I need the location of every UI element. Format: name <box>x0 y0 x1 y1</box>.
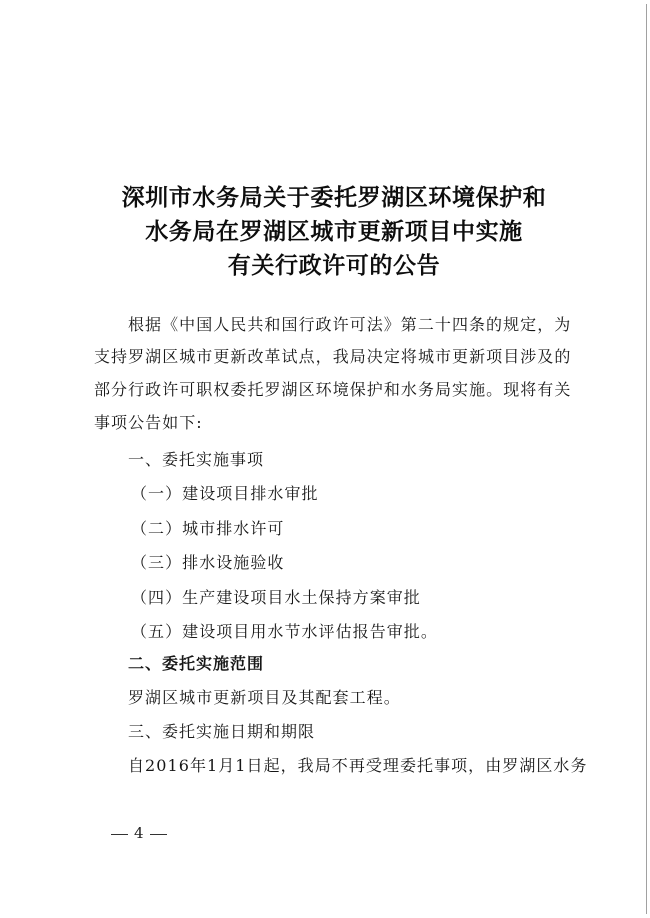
section-1-heading: 一、委托实施事项 <box>128 450 264 470</box>
section-2-heading: 二、委托实施范围 <box>128 654 264 674</box>
section-1-item-4: （四）生产建设项目水土保持方案审批 <box>131 588 421 608</box>
section-1-item-2: （二）城市排水许可 <box>131 519 284 539</box>
dash-left <box>111 834 128 835</box>
page-number: 4 <box>134 824 144 842</box>
section-2-text: 罗湖区城市更新项目及其配套工程。 <box>128 688 401 708</box>
intro-line-3: 部分行政许可职权委托罗湖区环境保护和水务局实施。现将有关 <box>94 380 571 400</box>
document-title: 深圳市水务局关于委托罗湖区环境保护和 水务局在罗湖区城市更新项目中实施 有关行政… <box>0 181 650 283</box>
dash-right <box>150 834 167 835</box>
title-line-1: 深圳市水务局关于委托罗湖区环境保护和 <box>0 181 650 215</box>
section-1-item-3: （三）排水设施验收 <box>131 553 284 573</box>
section-3-heading: 三、委托实施日期和期限 <box>128 722 315 742</box>
intro-line-1: 根据《中国人民共和国行政许可法》第二十四条的规定，为 <box>128 315 571 335</box>
page-number-footer: 4 <box>105 824 173 842</box>
intro-line-2: 支持罗湖区城市更新改革试点，我局决定将城市更新项目涉及的 <box>94 347 571 367</box>
title-line-3: 有关行政许可的公告 <box>0 249 650 283</box>
title-line-2: 水务局在罗湖区城市更新项目中实施 <box>0 215 650 249</box>
intro-line-4: 事项公告如下: <box>94 413 203 433</box>
scan-edge-line <box>646 4 647 914</box>
section-3-text: 自2016年1月1日起，我局不再受理委托事项，由罗湖区水务 <box>128 756 588 776</box>
section-1-item-1: （一）建设项目排水审批 <box>131 484 319 504</box>
section-1-item-5: （五）建设项目用水节水评估报告审批。 <box>131 622 438 642</box>
